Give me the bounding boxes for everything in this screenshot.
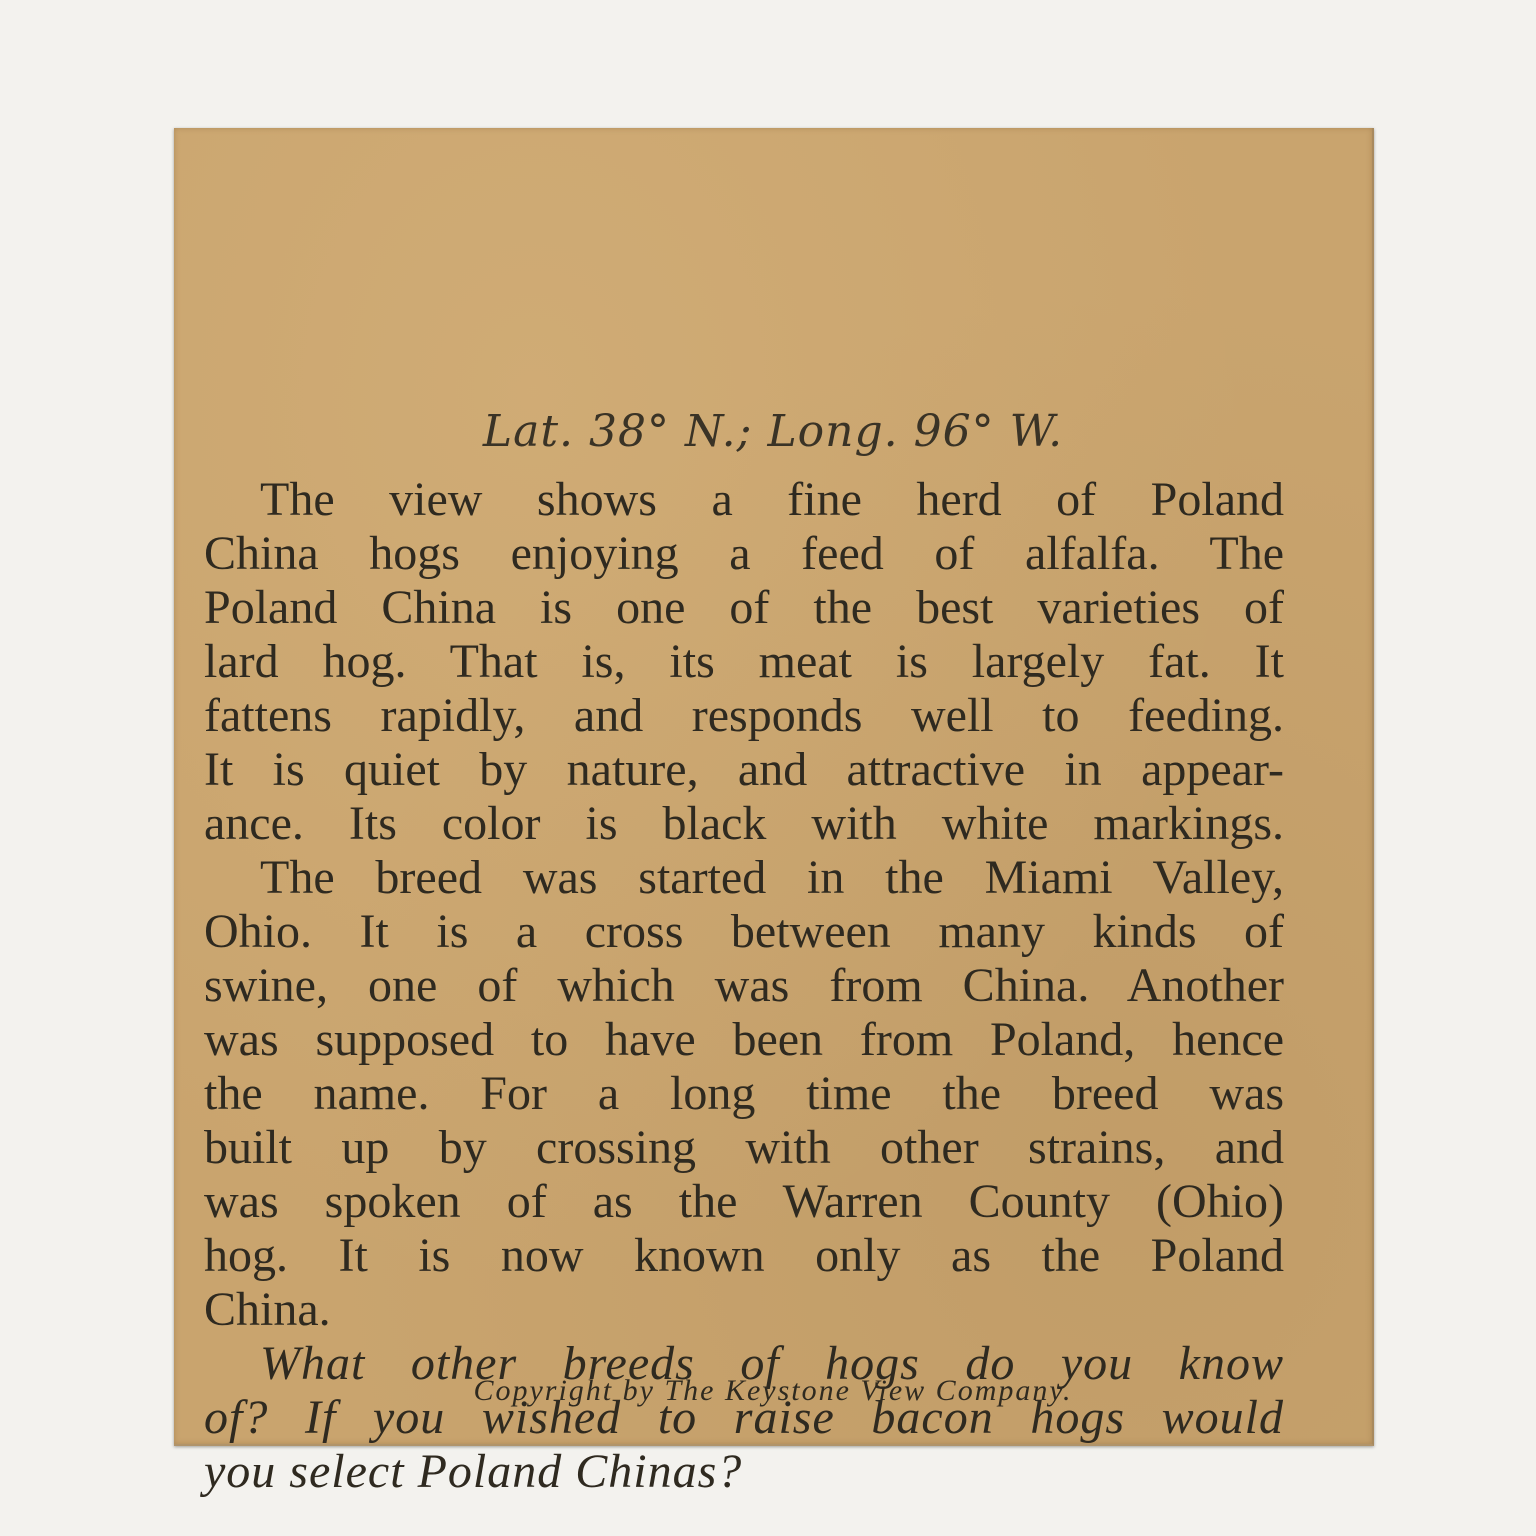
text-line: Poland China is one of the best varietie… xyxy=(204,581,1284,635)
text-line: The view shows a fine herd of Poland xyxy=(204,473,1284,527)
text-line: swine, one of which was from China. Anot… xyxy=(204,959,1284,1013)
text-line: hog. It is now known only as the Poland xyxy=(204,1229,1284,1283)
coordinates-heading: Lat. 38° N.; Long. 96° W. xyxy=(174,406,1372,457)
text-line: ance. Its color is black with white mark… xyxy=(204,797,1284,851)
text-line: China hogs enjoying a feed of alfalfa. T… xyxy=(204,527,1284,581)
text-line: fattens rapidly, and responds well to fe… xyxy=(204,689,1284,743)
copyright-notice: Copyright by The Keystone View Company. xyxy=(174,1374,1372,1408)
text-line: The breed was started in the Miami Valle… xyxy=(204,851,1284,905)
text-line: Ohio. It is a cross between many kinds o… xyxy=(204,905,1284,959)
text-line: the name. For a long time the breed was xyxy=(204,1067,1284,1121)
text-line: was supposed to have been from Poland, h… xyxy=(204,1013,1284,1067)
text-line: China. xyxy=(204,1283,1284,1337)
text-line: was spoken of as the Warren County (Ohio… xyxy=(204,1175,1284,1229)
text-line: built up by crossing with other strains,… xyxy=(204,1121,1284,1175)
text-line: lard hog. That is, its meat is largely f… xyxy=(204,635,1284,689)
question-line: you select Poland Chinas? xyxy=(204,1445,1284,1499)
description-text: The view shows a fine herd of Poland Chi… xyxy=(204,473,1284,1499)
text-line: It is quiet by nature, and attractive in… xyxy=(204,743,1284,797)
stereoview-card-back: Lat. 38° N.; Long. 96° W. The view shows… xyxy=(174,128,1374,1446)
